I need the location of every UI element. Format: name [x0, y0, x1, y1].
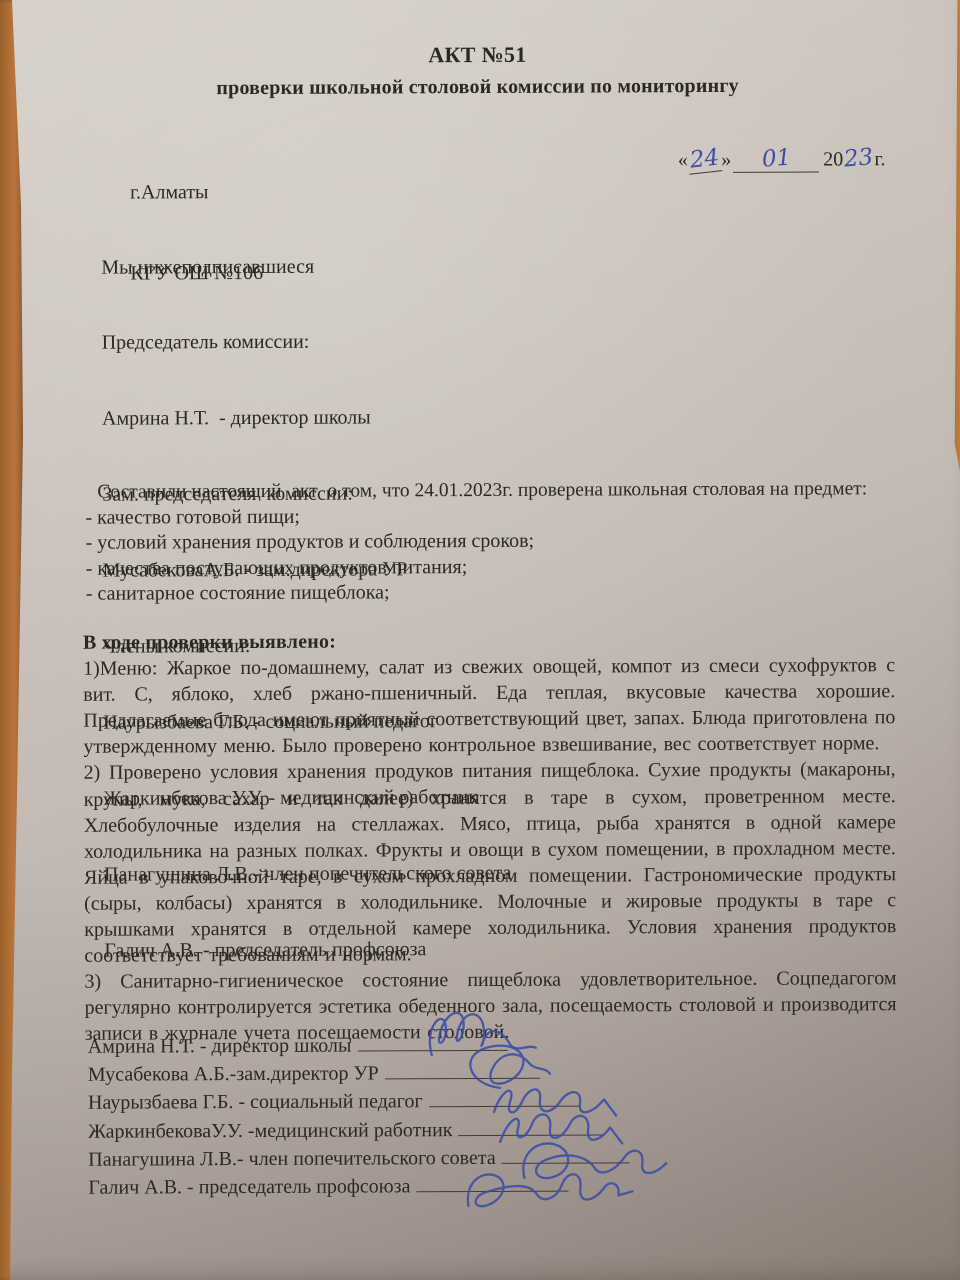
- title-block: АКТ №51 проверки школьной столовой комис…: [0, 40, 958, 101]
- check-item: - качества поступающих продуктов питания…: [86, 553, 936, 582]
- document-content: АКТ №51 проверки школьной столовой комис…: [0, 0, 960, 1280]
- check-item: - санитарное состояние пищеблока;: [86, 578, 936, 607]
- signatures-block: Амрина Н.Т. - директор школы Мусабекова …: [88, 1033, 630, 1204]
- city-line: г.Алматы: [130, 179, 263, 207]
- signature-blank-line: [502, 1148, 630, 1164]
- date-close-quote: »: [721, 149, 731, 171]
- signature-row: Мусабекова А.Б.-зам.директор УР: [88, 1062, 630, 1093]
- document-subtitle: проверки школьной столовой комиссии по м…: [0, 74, 958, 101]
- handwritten-day: 24: [687, 144, 723, 174]
- signature-row: Амрина Н.Т. - директор школы: [88, 1033, 630, 1064]
- signature-label: Панагушина Л.В.- член попечительского со…: [88, 1147, 496, 1171]
- signature-blank-line: [357, 1036, 507, 1052]
- date-suffix: г.: [874, 148, 885, 170]
- commission-line: Председатель комиссии:: [102, 329, 510, 356]
- findings-block: В ходе проверки выявлено: 1)Меню: Жаркое…: [83, 626, 897, 1047]
- signature-label: Наурызбаева Г.Б. - социальный педагог: [88, 1091, 423, 1114]
- signature-label: ЖаркинбековаУ.У. -медицинский работник: [88, 1119, 452, 1143]
- signature-blank-line: [429, 1092, 579, 1108]
- signature-blank-line: [416, 1177, 568, 1193]
- check-item: - качество готовой пищи;: [85, 502, 935, 531]
- commission-line: Амрина Н.Т. - директор школы: [102, 405, 510, 432]
- signature-label: Амрина Н.Т. - директор школы: [88, 1035, 352, 1058]
- date-month-blank: 01: [733, 146, 819, 173]
- signature-row: Галич А.В. - председатель профсоюза: [88, 1174, 630, 1205]
- handwritten-month: 01: [761, 145, 792, 173]
- signature-blank-line: [458, 1120, 603, 1136]
- date-line: «24»012023г.: [678, 145, 886, 173]
- signature-label: Галич А.В. - председатель профсоюза: [88, 1175, 410, 1198]
- document-title: АКТ №51: [0, 40, 957, 70]
- act-statement: Составили настоящий акт о том, что 24.01…: [85, 476, 935, 505]
- date-century: 20: [823, 148, 843, 170]
- signature-row: Наурызбаева Г.Б. - социальный педагог: [88, 1090, 630, 1121]
- signature-blank-line: [385, 1064, 540, 1080]
- signature-row: Панагушина Л.В.- член попечительского со…: [88, 1146, 630, 1177]
- check-item: - условий хранения продуктов и соблюдени…: [86, 527, 936, 556]
- findings-paragraph-menu: 1)Меню: Жаркое по-домашнему, салат из св…: [83, 652, 895, 760]
- findings-header: В ходе проверки выявлено:: [83, 626, 895, 656]
- handwritten-year: 23: [843, 144, 875, 173]
- inspection-subject-block: Составили настоящий акт о том, что 24.01…: [85, 476, 936, 608]
- signature-row: ЖаркинбековаУ.У. -медицинский работник: [88, 1118, 630, 1149]
- findings-paragraph-storage: 2) Проверено условия хранения продуков п…: [84, 757, 897, 969]
- signature-label: Мусабекова А.Б.-зам.директор УР: [88, 1063, 379, 1086]
- intro-line: Мы нижеподписавшиеся: [101, 253, 509, 280]
